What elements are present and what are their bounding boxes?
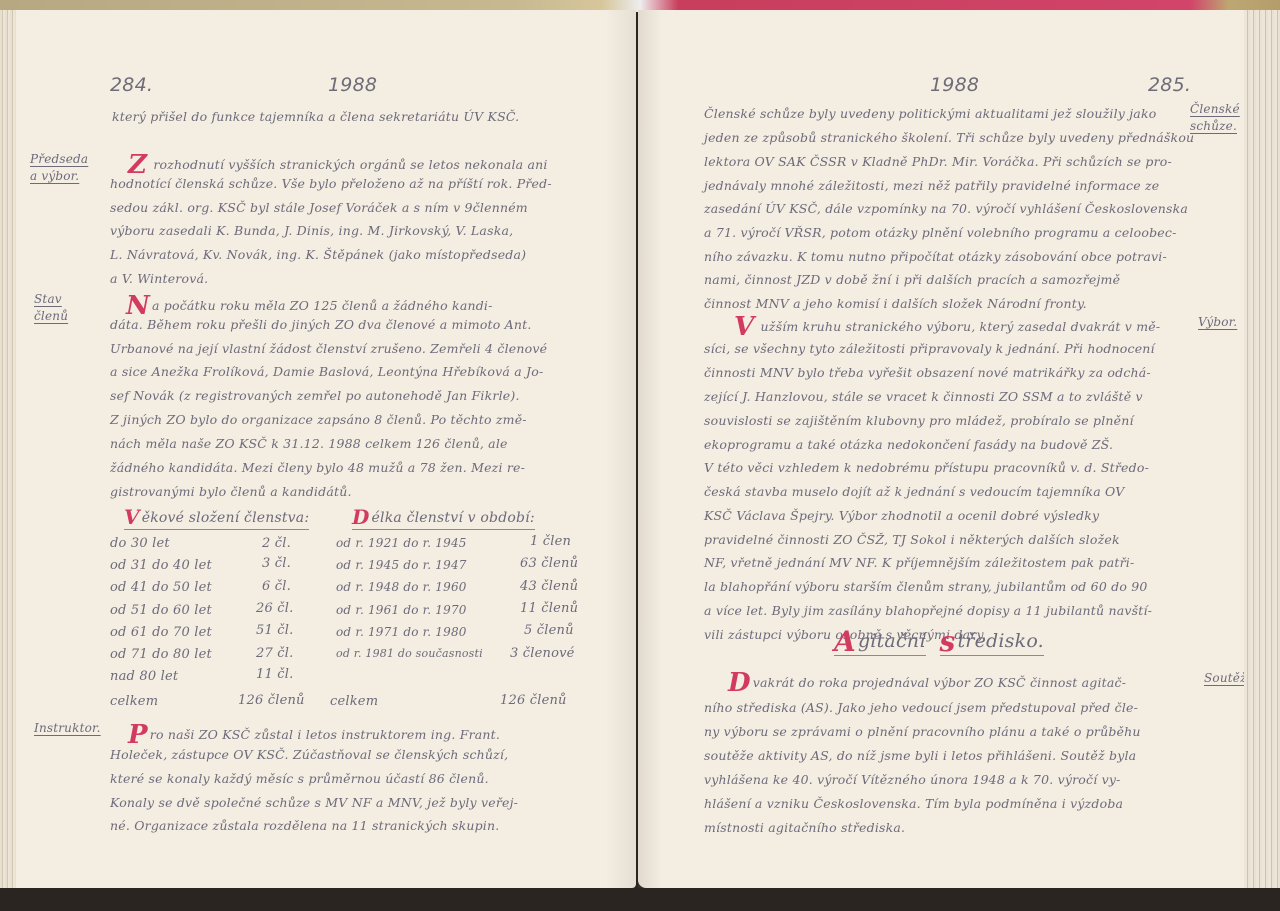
margin-note-line: Výbor. bbox=[1198, 314, 1237, 331]
age-total-label: celkem bbox=[110, 694, 158, 709]
text-line: Konaly se dvě společné schůze s MV NF a … bbox=[110, 795, 518, 810]
membership-row-label: od r. 1981 do současnosti bbox=[336, 647, 483, 660]
margin-note-clenske-schuze: Členské schůze. bbox=[1190, 101, 1240, 135]
text-line: lektora OV SAK ČSSR v Kladně PhDr. Mir. … bbox=[704, 154, 1172, 169]
membership-row-value: 1 člen bbox=[530, 534, 571, 549]
text-line: sef Novák (z registrovaných zemřel po au… bbox=[110, 388, 520, 403]
text-line: L. Návratová, Kv. Novák, ing. K. Štěpáne… bbox=[110, 247, 526, 262]
age-row-value: 2 čl. bbox=[262, 536, 291, 551]
gutter-shadow bbox=[606, 10, 636, 888]
age-row-label: nad 80 let bbox=[110, 669, 178, 684]
red-initial: D bbox=[728, 670, 751, 696]
text-line: gistrovanými bylo členů a kandidátů. bbox=[110, 484, 352, 499]
membership-row-value: 11 členů bbox=[520, 601, 578, 616]
text-line: Na počátku roku měla ZO 125 členů a žádn… bbox=[126, 293, 493, 319]
text-line: Dvakrát do roka projednával výbor ZO KSČ… bbox=[728, 670, 1126, 696]
text-line: které se konaly každý měsíc s průměrnou … bbox=[110, 771, 489, 786]
text-line: KSČ Václava Špejry. Výbor zhodnotil a oc… bbox=[704, 508, 1099, 523]
margin-note-line: Instruktor. bbox=[34, 720, 101, 737]
text-line: V této věci vzhledem k nedobrému přístup… bbox=[704, 460, 1149, 475]
margin-note-soutez: Soutěž. bbox=[1204, 670, 1251, 687]
text-line: Holeček, zástupce OV KSČ. Zúčastňoval se… bbox=[110, 747, 508, 762]
left-page: 284. 1988 který přišel do funkce tajemní… bbox=[0, 10, 636, 888]
margin-note-line: členů bbox=[34, 308, 68, 325]
age-row-value: 51 čl. bbox=[256, 623, 293, 638]
membership-table-title: Délka členství v období: bbox=[352, 507, 535, 530]
page-year: 1988 bbox=[930, 74, 979, 96]
text-line: Z rozhodnutí vyšších stranických orgánů … bbox=[128, 152, 548, 178]
margin-note-line: Stav bbox=[34, 291, 68, 308]
membership-row-value: 5 členů bbox=[524, 623, 574, 638]
red-initial: N bbox=[126, 293, 150, 319]
red-initial: A bbox=[834, 628, 856, 656]
text-line: ního závazku. K tomu nutno připočítat ot… bbox=[704, 249, 1167, 264]
text-line: zasedání ÚV KSČ, dále vzpomínky na 70. v… bbox=[704, 201, 1188, 216]
page-year: 1988 bbox=[328, 74, 377, 96]
text-line: NF, vřetně jednání MV NF. K příjemnějším… bbox=[704, 555, 1134, 570]
text: gitační bbox=[858, 630, 926, 652]
text-line: činnost MNV a jeho komisí i dalších slož… bbox=[704, 296, 1087, 311]
age-row-value: 3 čl. bbox=[262, 556, 291, 571]
text-line: výboru zasedali K. Bunda, J. Dinis, ing.… bbox=[110, 223, 513, 238]
title-word: středisko. bbox=[940, 630, 1044, 656]
membership-row-label: od r. 1945 do r. 1947 bbox=[336, 558, 467, 572]
age-row-label: od 31 do 40 let bbox=[110, 558, 212, 573]
text-line: nách měla naše ZO KSČ k 31.12. 1988 celk… bbox=[110, 436, 508, 451]
text-line: hodnotící členská schůze. Vše bylo přelo… bbox=[110, 176, 552, 191]
text: a počátku roku měla ZO 125 členů a žádné… bbox=[152, 298, 493, 313]
text: ro naši ZO KSČ zůstal i letos instruktor… bbox=[150, 727, 500, 742]
title-word: Agitační bbox=[834, 630, 926, 656]
age-row-label: od 41 do 50 let bbox=[110, 580, 212, 595]
text-line: jednávaly mnohé záležitosti, mezi něž pa… bbox=[704, 178, 1159, 193]
text: ěkové složení členstva: bbox=[142, 510, 310, 526]
margin-note-line: Předseda bbox=[30, 151, 88, 168]
text-line: ního střediska (AS). Jako jeho vedoucí j… bbox=[704, 700, 1138, 715]
text-line: jeden ze způsobů stranického školení. Tř… bbox=[704, 130, 1194, 145]
page-number: 285. bbox=[1148, 74, 1191, 96]
membership-row-label: od r. 1961 do r. 1970 bbox=[336, 603, 467, 617]
age-row-value: 26 čl. bbox=[256, 601, 293, 616]
membership-row-value: 63 členů bbox=[520, 556, 578, 571]
age-row-label: od 71 do 80 let bbox=[110, 647, 212, 662]
text: vakrát do roka projednával výbor ZO KSČ … bbox=[753, 675, 1126, 690]
text-line: hlášení a vzniku Československa. Tím byl… bbox=[704, 796, 1123, 811]
margin-note-vybor: Výbor. bbox=[1198, 314, 1237, 331]
red-initial: s bbox=[940, 628, 956, 656]
text-line: sedou zákl. org. KSČ byl stále Josef Vor… bbox=[110, 200, 528, 215]
margin-note-predseda: Předseda a výbor. bbox=[30, 151, 88, 185]
text-line: a více let. Byly jim zasílány blahopřejn… bbox=[704, 603, 1152, 618]
membership-row-value: 43 členů bbox=[520, 579, 578, 594]
text-line: Členské schůze byly uvedeny politickými … bbox=[704, 106, 1156, 121]
page-number: 284. bbox=[110, 74, 153, 96]
age-row-label: do 30 let bbox=[110, 536, 170, 551]
text-line: česká stavba muselo dojít až k jednání s… bbox=[704, 484, 1125, 499]
text: tředisko. bbox=[957, 630, 1043, 652]
text-line: zející J. Hanzlovou, stále se vracet k č… bbox=[704, 389, 1143, 404]
text-line: a 71. výročí VŘSR, potom otázky plnění v… bbox=[704, 225, 1177, 240]
text-line: Urbanové na její vlastní žádost členství… bbox=[110, 341, 547, 356]
age-row-value: 11 čl. bbox=[256, 667, 293, 682]
red-initial: V bbox=[734, 314, 754, 340]
margin-note-line: Členské bbox=[1190, 101, 1240, 118]
membership-row-label: od r. 1921 do r. 1945 bbox=[336, 536, 467, 550]
text-line: místnosti agitačního střediska. bbox=[704, 820, 905, 835]
text: élka členství v období: bbox=[372, 510, 535, 526]
margin-note-stav-clenu: Stav členů bbox=[34, 291, 68, 325]
text-line: ekoprogramu a také otázka nedokončení fa… bbox=[704, 437, 1113, 452]
membership-total-label: celkem bbox=[330, 694, 378, 709]
membership-row-label: od r. 1948 do r. 1960 bbox=[336, 580, 467, 594]
text-line: nami, činnost JZD v době žní i při další… bbox=[704, 272, 1120, 287]
red-initial: V bbox=[124, 507, 140, 527]
age-row-label: od 61 do 70 let bbox=[110, 625, 212, 640]
section-title-agitacni-stredisko: Agitačnístředisko. bbox=[834, 628, 1058, 656]
text-line: pravidelné činnosti ZO ČSŽ, TJ Sokol i n… bbox=[704, 532, 1120, 547]
age-total-value: 126 členů bbox=[238, 693, 305, 708]
text: rozhodnutí vyšších stranických orgánů se… bbox=[149, 157, 547, 172]
age-row-value: 6 čl. bbox=[262, 579, 291, 594]
membership-total-value: 126 členů bbox=[500, 693, 567, 708]
margin-note-instruktor: Instruktor. bbox=[34, 720, 101, 737]
red-initial: Z bbox=[128, 152, 147, 178]
margin-note-line: schůze. bbox=[1190, 118, 1240, 135]
text-line: souvislosti se zajištěním klubovny pro m… bbox=[704, 413, 1134, 428]
text-line: vyhlášena ke 40. výročí Vítězného února … bbox=[704, 772, 1121, 787]
text-line: síci, se všechny tyto záležitosti připra… bbox=[704, 341, 1155, 356]
margin-note-line: Soutěž. bbox=[1204, 670, 1251, 687]
text-line: ny výboru se zprávami o plnění pracovníh… bbox=[704, 724, 1141, 739]
age-row-label: od 51 do 60 let bbox=[110, 603, 212, 618]
text-line: žádného kandidáta. Mezi členy bylo 48 mu… bbox=[110, 460, 525, 475]
margin-note-line: a výbor. bbox=[30, 168, 88, 185]
red-initial: D bbox=[352, 507, 370, 527]
text-line: činnosti MNV bylo třeba vyřešit obsazení… bbox=[704, 365, 1151, 380]
gutter-shadow bbox=[638, 10, 662, 888]
text: užším kruhu stranického výboru, který za… bbox=[756, 319, 1160, 334]
age-table-title: Věkové složení členstva: bbox=[124, 507, 309, 530]
text-line: Pro naši ZO KSČ zůstal i letos instrukto… bbox=[128, 722, 500, 748]
membership-row-label: od r. 1971 do r. 1980 bbox=[336, 625, 467, 639]
text-line: né. Organizace zůstala rozdělena na 11 s… bbox=[110, 818, 499, 833]
text-line: a sice Anežka Frolíková, Damie Baslová, … bbox=[110, 364, 543, 379]
text-line: dáta. Během roku přešli do jiných ZO dva… bbox=[110, 317, 532, 332]
text-line: la blahopřání výboru starším členům stra… bbox=[704, 579, 1148, 594]
text-line: Z jiných ZO bylo do organizace zapsáno 8… bbox=[110, 412, 527, 427]
text-line: V užším kruhu stranického výboru, který … bbox=[734, 314, 1160, 340]
right-page: 1988 285. Členské schůze. Členské schůze… bbox=[638, 10, 1280, 888]
text-line: soutěže aktivity AS, do níž jsme byli i … bbox=[704, 748, 1136, 763]
membership-row-value: 3 členové bbox=[510, 646, 575, 661]
age-row-value: 27 čl. bbox=[256, 646, 293, 661]
opening-line: který přišel do funkce tajemníka a člena… bbox=[112, 109, 519, 124]
text-line: a V. Winterová. bbox=[110, 271, 208, 286]
red-initial: P bbox=[128, 722, 148, 748]
